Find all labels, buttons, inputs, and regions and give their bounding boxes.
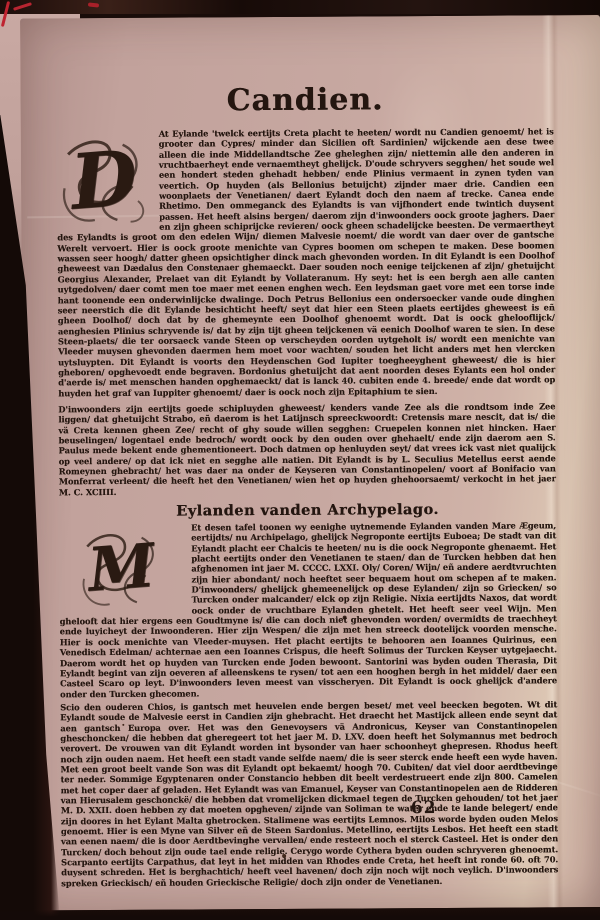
ornate-initial-d: D [57, 132, 152, 230]
paragraph-scio: Scio den ouderen Chios, is gantsch met h… [60, 699, 558, 888]
page-title: Candien. [56, 81, 553, 119]
paper-specks [20, 19, 22, 21]
paragraph-inwoonders: D'inwoonders zijn eertijts goede schiplu… [58, 401, 556, 497]
initial-letter: D [71, 172, 137, 187]
book-page: Candien. D At Eylande 'twelck eertijts C… [20, 15, 600, 911]
section-heading: Eylanden vanden Archypelago. [59, 500, 556, 520]
paragraph-archipelago: M Et desen tafel toonen wy eenighe uytne… [59, 520, 557, 699]
folio-number: 62 [411, 798, 437, 818]
initial-letter: M [88, 560, 155, 575]
photo-bottom-edge [0, 910, 600, 920]
book-photo: Candien. D At Eylande 'twelck eertijts C… [0, 0, 600, 920]
printed-text-block: Candien. D At Eylande 'twelck eertijts C… [56, 61, 558, 891]
ornate-initial-m: M [59, 526, 184, 612]
paragraph-candien: D At Eylande 'twelck eertijts Creta plac… [57, 126, 556, 398]
